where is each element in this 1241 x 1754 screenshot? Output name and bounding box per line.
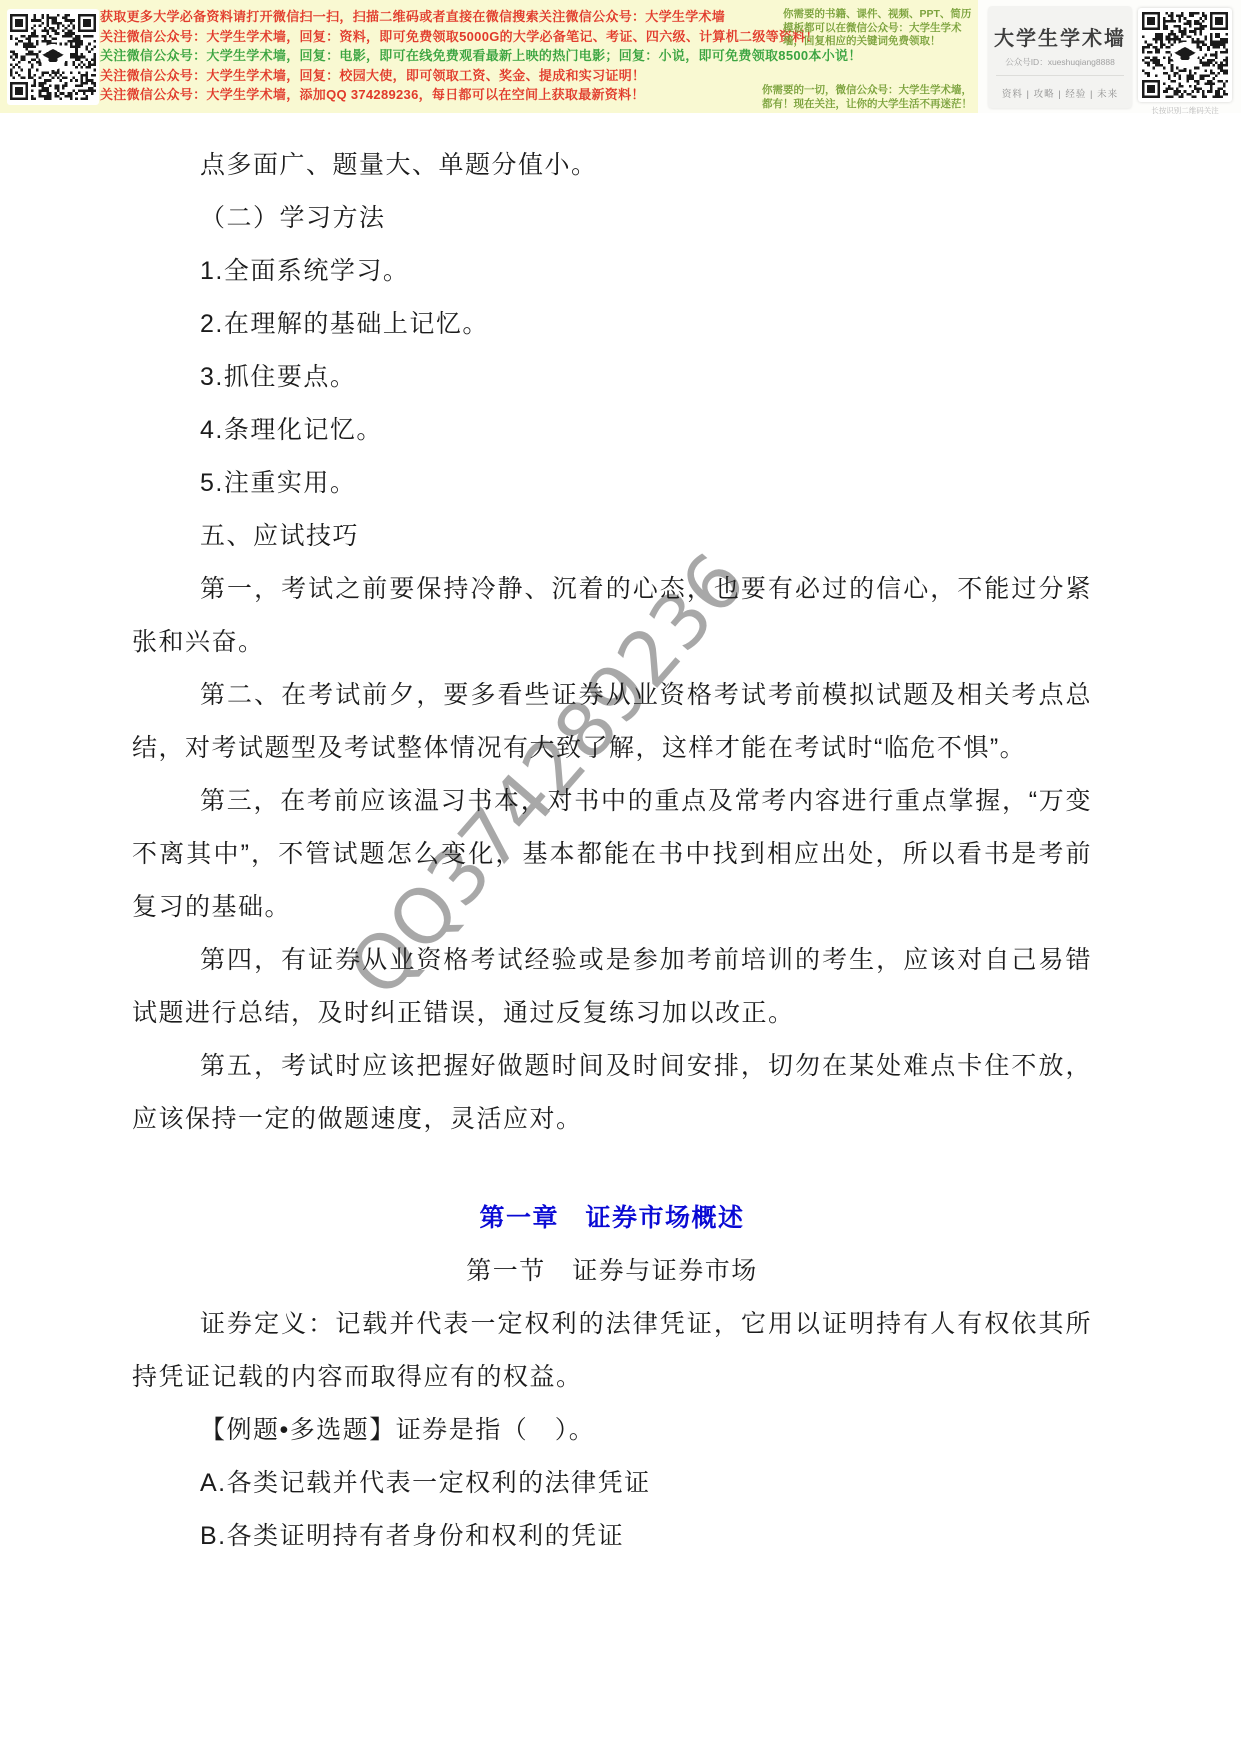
- paragraph: （二）学习方法: [132, 192, 1092, 245]
- paragraph: 5.注重实用。: [132, 457, 1092, 510]
- document-body: 点多面广、题量大、单题分值小。 （二）学习方法 1.全面系统学习。 2.在理解的…: [0, 0, 1241, 1563]
- paragraph: 第四，有证券从业资格考试经验或是参加考前培训的考生，应该对自己易错试题进行总结，…: [132, 934, 1092, 1040]
- paragraph: 第二、在考试前夕，要多看些证券从业资格考试考前模拟试题及相关考点总结，对考试题型…: [132, 669, 1092, 775]
- chapter-heading: 第一章 证券市场概述: [132, 1192, 1092, 1245]
- paragraph: 第一，考试之前要保持冷静、沉着的心态，也要有必过的信心，不能过分紧张和兴奋。: [132, 563, 1092, 669]
- paragraph: 五、应试技巧: [132, 510, 1092, 563]
- paragraph: B.各类证明持有者身份和权利的凭证: [132, 1510, 1092, 1563]
- paragraph: 点多面广、题量大、单题分值小。: [132, 139, 1092, 192]
- paragraph: 第三，在考前应该温习书本，对书中的重点及常考内容进行重点掌握，“万变不离其中”，…: [132, 775, 1092, 934]
- paragraph: 4.条理化记忆。: [132, 404, 1092, 457]
- paragraph: 1.全面系统学习。: [132, 245, 1092, 298]
- document-page: 获取更多大学必备资料请打开微信扫一扫，扫描二维码或者直接在微信搜索关注微信公众号…: [0, 0, 1241, 1754]
- paragraph: 3.抓住要点。: [132, 351, 1092, 404]
- paragraph: A.各类记载并代表一定权利的法律凭证: [132, 1457, 1092, 1510]
- paragraph: 证券定义：记载并代表一定权利的法律凭证，它用以证明持有人有权依其所持凭证记载的内…: [132, 1298, 1092, 1404]
- paragraph: 2.在理解的基础上记忆。: [132, 298, 1092, 351]
- paragraph: 【例题•多选题】证券是指（ ）。: [132, 1404, 1092, 1457]
- section-heading: 第一节 证券与证券市场: [132, 1245, 1092, 1298]
- paragraph: 第五，考试时应该把握好做题时间及时间安排，切勿在某处难点卡住不放，应该保持一定的…: [132, 1040, 1092, 1146]
